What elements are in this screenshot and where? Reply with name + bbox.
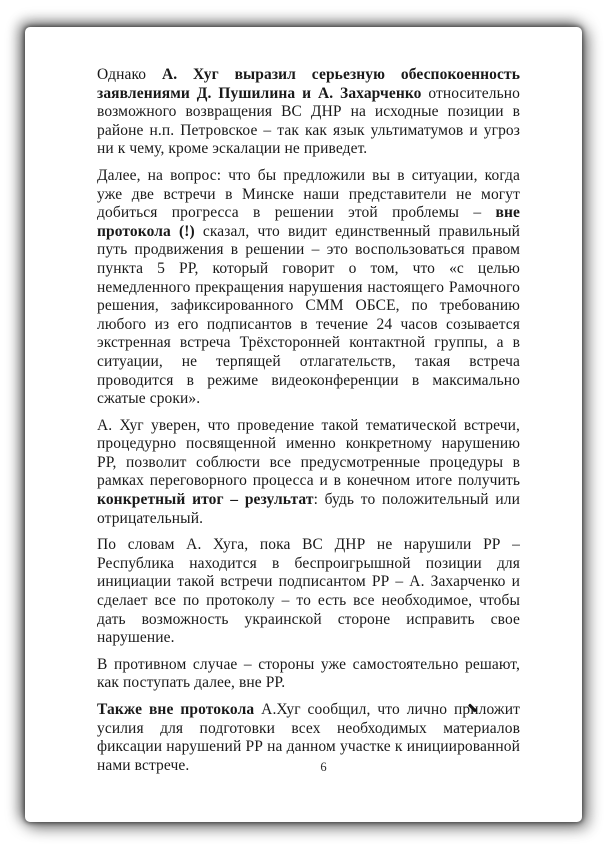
paragraph-2: Далее, на вопрос: что бы предложили вы в…	[97, 167, 520, 409]
text-segment-bold: Также вне протокола	[97, 701, 254, 718]
text-segment: Далее, на вопрос: что бы предложили вы в…	[97, 167, 520, 221]
text-segment: По словам А. Хуга, пока ВС ДНР не наруши…	[97, 536, 520, 646]
text-segment: сказал, что видит единственный правильны…	[97, 223, 520, 407]
paragraph-5: В противном случае – стороны уже самосто…	[97, 656, 520, 693]
paragraph-3: А. Хуг уверен, что проведение такой тема…	[97, 417, 520, 529]
page-number: 6	[25, 760, 582, 775]
text-segment: А. Хуг уверен, что проведение такой тема…	[97, 417, 520, 490]
paragraph-4: По словам А. Хуга, пока ВС ДНР не наруши…	[97, 536, 520, 648]
text-segment-bold: конкретный итог – результат	[97, 491, 314, 508]
text-segment: Однако	[97, 66, 162, 83]
paragraph-1: Однако А. Хуг выразил серьезную обеспоко…	[97, 66, 520, 159]
text-segment: В противном случае – стороны уже самосто…	[97, 656, 520, 692]
document-text: Однако А. Хуг выразил серьезную обеспоко…	[97, 66, 520, 783]
document-page: Однако А. Хуг выразил серьезную обеспоко…	[25, 27, 582, 822]
scan-speck	[359, 730, 363, 732]
